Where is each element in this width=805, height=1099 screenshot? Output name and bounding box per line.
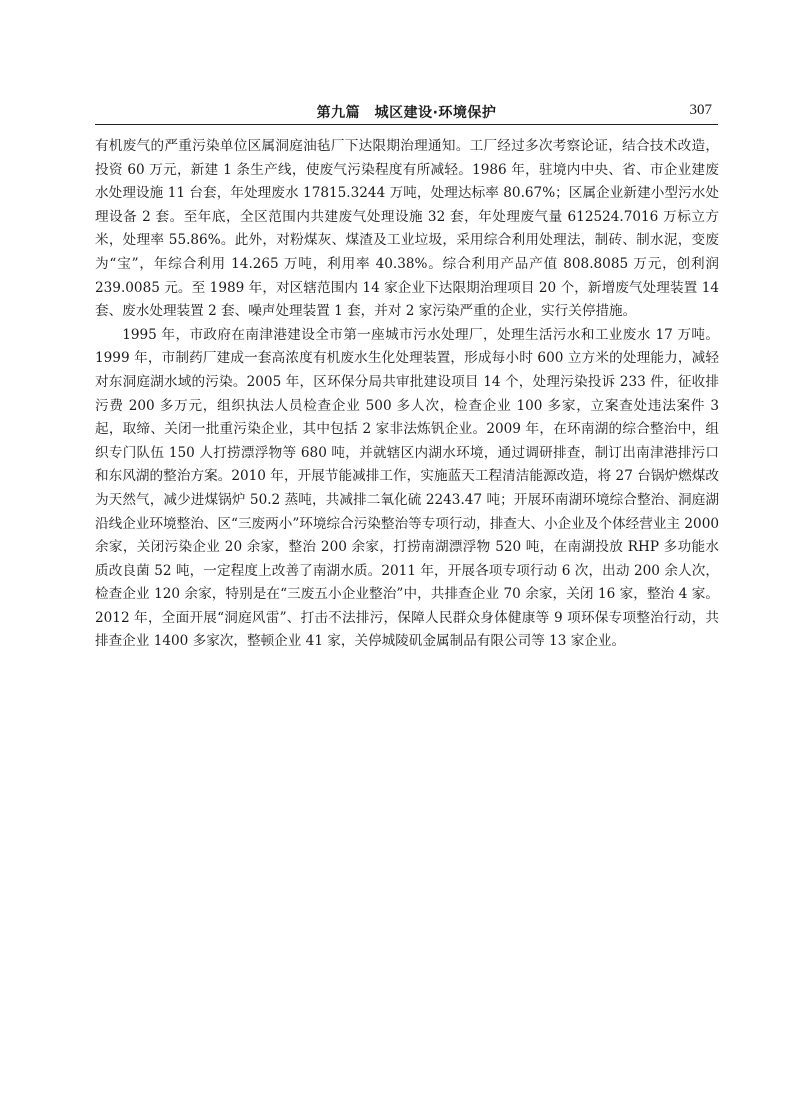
- paragraph-1: 有机废气的严重污染单位区属洞庭油毡厂下达限期治理通知。工厂经过多次考察论证，结合…: [95, 135, 719, 324]
- section-title: 第九篇 城区建设·环境保护: [95, 102, 718, 122]
- running-header: 第九篇 城区建设·环境保护 307: [95, 99, 718, 125]
- page-number: 307: [690, 102, 713, 119]
- paragraph-2: 1995 年，市政府在南津港建设全市第一座城市污水处理厂，处理生活污水和工业废水…: [95, 324, 719, 654]
- body-text: 有机废气的严重污染单位区属洞庭油毡厂下达限期治理通知。工厂经过多次考察论证，结合…: [95, 135, 719, 654]
